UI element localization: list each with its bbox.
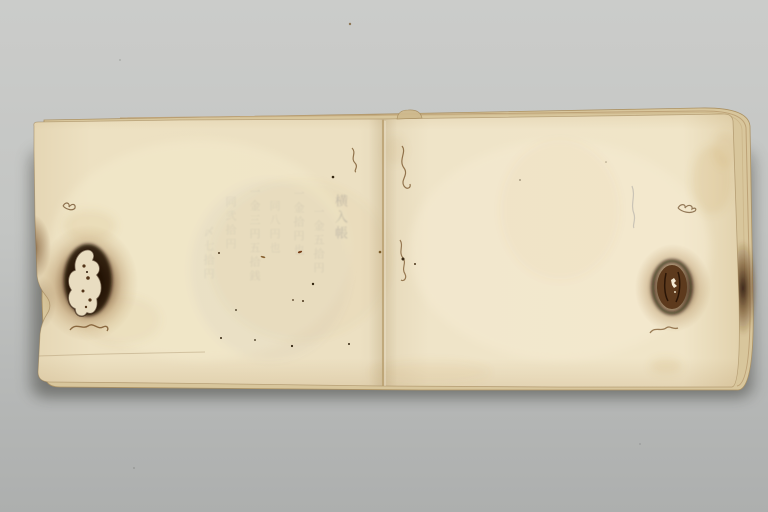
burn-hole-left <box>38 225 138 341</box>
booklet-photo <box>0 0 768 512</box>
burn-mark-right <box>635 244 711 332</box>
fiber-dot <box>402 258 405 261</box>
photo-scene: 横入帳 一金五拾円 一金拾円也 同八円也 一金三円五拾銭 同弐拾円 〆七拾円 <box>0 0 768 512</box>
